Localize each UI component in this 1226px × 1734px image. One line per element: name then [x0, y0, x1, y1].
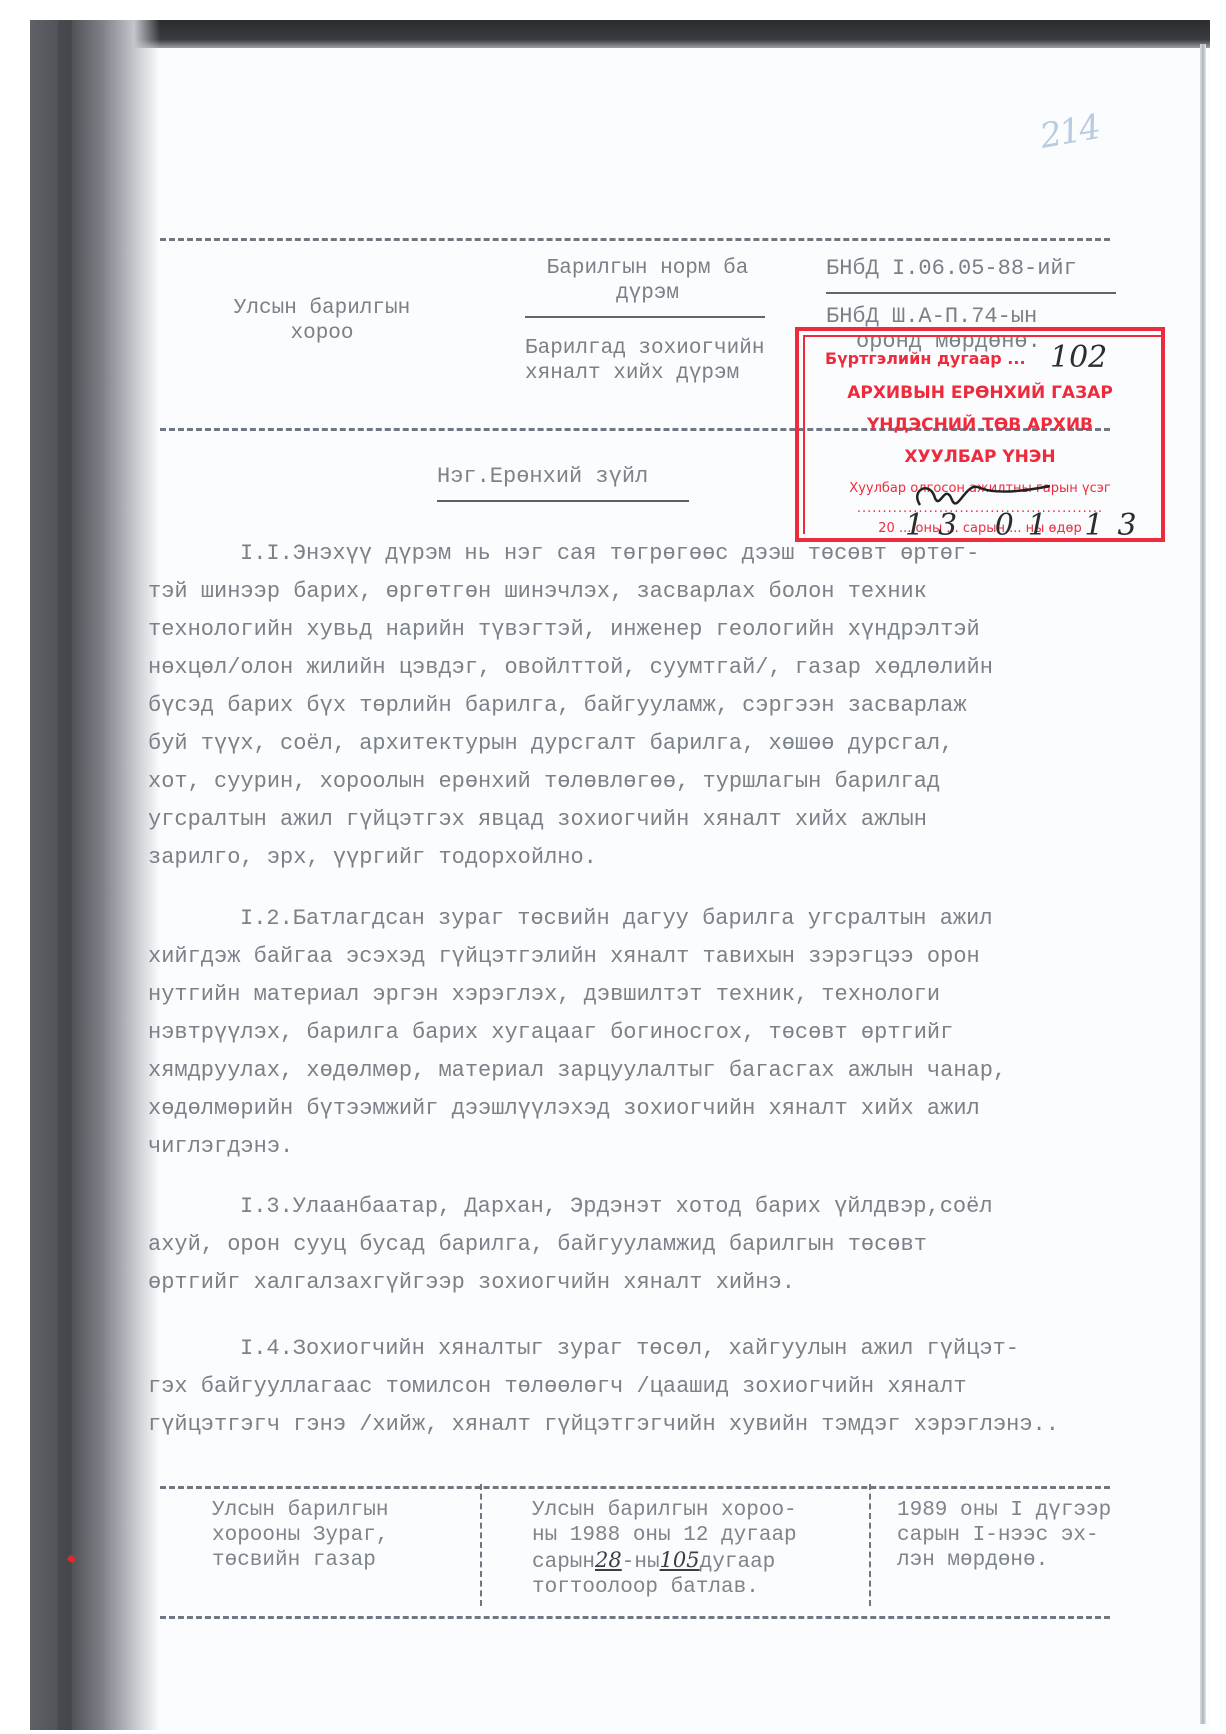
stamp-org-line2: ҮНДЭСНИЙ ТӨВ АРХИВ [799, 415, 1161, 435]
doc-title-line: Барилгад зохиогчийн [525, 336, 764, 361]
doc-code: БНбД I.06.05-88-ийг [826, 256, 1077, 281]
paragraph-1-2: I.2.Батлагдсан зураг төсвийн дагуу барил… [148, 900, 1148, 1166]
stamp-org-line1: АРХИВЫН ЕРӨНХИЙ ГАЗАР [799, 383, 1161, 403]
issuer: Улсын барилгын хороо [202, 296, 442, 346]
doc-title: Барилгад зохиогчийн хяналт хийх дүрэм [525, 336, 764, 386]
footer-submitted-line: хорооны Зураг, [212, 1523, 388, 1548]
section-title-underline [437, 500, 689, 502]
doc-type: Барилгын норм ба дүрэм [525, 256, 770, 306]
footer-submitted-line: Улсын барилгын [212, 1498, 388, 1523]
footer-submitted-by: Улсын барилгын хорооны Зураг, төсвийн га… [212, 1498, 388, 1573]
handwritten-day: 28 [595, 1548, 622, 1572]
header-top-divider [160, 238, 1110, 241]
footer-approval-line: сарын28-ны105дугаар [532, 1548, 797, 1575]
stamp-registration-label: Бүртгэлийн дугаар ... [825, 349, 1161, 368]
footer-effective-line: лэн мөрдөнө. [897, 1548, 1111, 1573]
paragraph-1-1: I.I.Энэхүү дүрэм нь нэг сая төгрөгөөс дэ… [148, 535, 1148, 877]
paragraph-1-3: I.3.Улаанбаатар, Дархан, Эрдэнэт хотод б… [148, 1188, 1148, 1302]
footer-submitted-line: төсвийн газар [212, 1548, 388, 1573]
doc-type-line: дүрэм [525, 281, 770, 306]
footer-approval-line: ны 1988 оны 12 дугаар [532, 1523, 797, 1548]
handwritten-resolution-number: 105 [660, 1548, 700, 1572]
footer-bottom-divider [160, 1616, 1110, 1619]
doc-type-rule [525, 316, 765, 318]
footer-approval-line: Улсын барилгын хороо- [532, 1498, 797, 1523]
page-edge [1200, 44, 1206, 1724]
stamp-certification: ХУУЛБАР ҮНЭН [799, 447, 1161, 467]
doc-title-line: хяналт хийх дүрэм [525, 361, 764, 386]
footer-top-divider [160, 1486, 1110, 1489]
footer-column-separator [869, 1484, 871, 1606]
binding-fold [58, 20, 72, 1730]
footer-effective-line: сарын I-нээс эх- [897, 1523, 1111, 1548]
doc-type-line: Барилгын норм ба [525, 256, 770, 281]
footer-approval: Улсын барилгын хороо- ны 1988 оны 12 дуг… [532, 1498, 797, 1600]
footer-approval-line: тогтоолоор батлав. [532, 1575, 797, 1600]
issuer-line: хороо [202, 321, 442, 346]
footer-effective: 1989 оны I дүгээр сарын I-нээс эх- лэн м… [897, 1498, 1111, 1573]
scanner-top-shadow [30, 20, 1210, 48]
binding-shadow [30, 20, 160, 1730]
footer-effective-line: 1989 оны I дүгээр [897, 1498, 1111, 1523]
section-title: Нэг.Ерөнхий зүйл [437, 464, 648, 489]
paragraph-1-4: I.4.Зохиогчийн хяналтыг зураг төсөл, хай… [148, 1330, 1148, 1444]
issuer-line: Улсын барилгын [202, 296, 442, 321]
doc-code-rule [826, 292, 1116, 294]
replaces-line: БНбД Ш.А-П.74-ын [826, 304, 1041, 329]
footer-column-separator [480, 1484, 482, 1606]
handwritten-registration-number: 102 [1050, 340, 1107, 375]
